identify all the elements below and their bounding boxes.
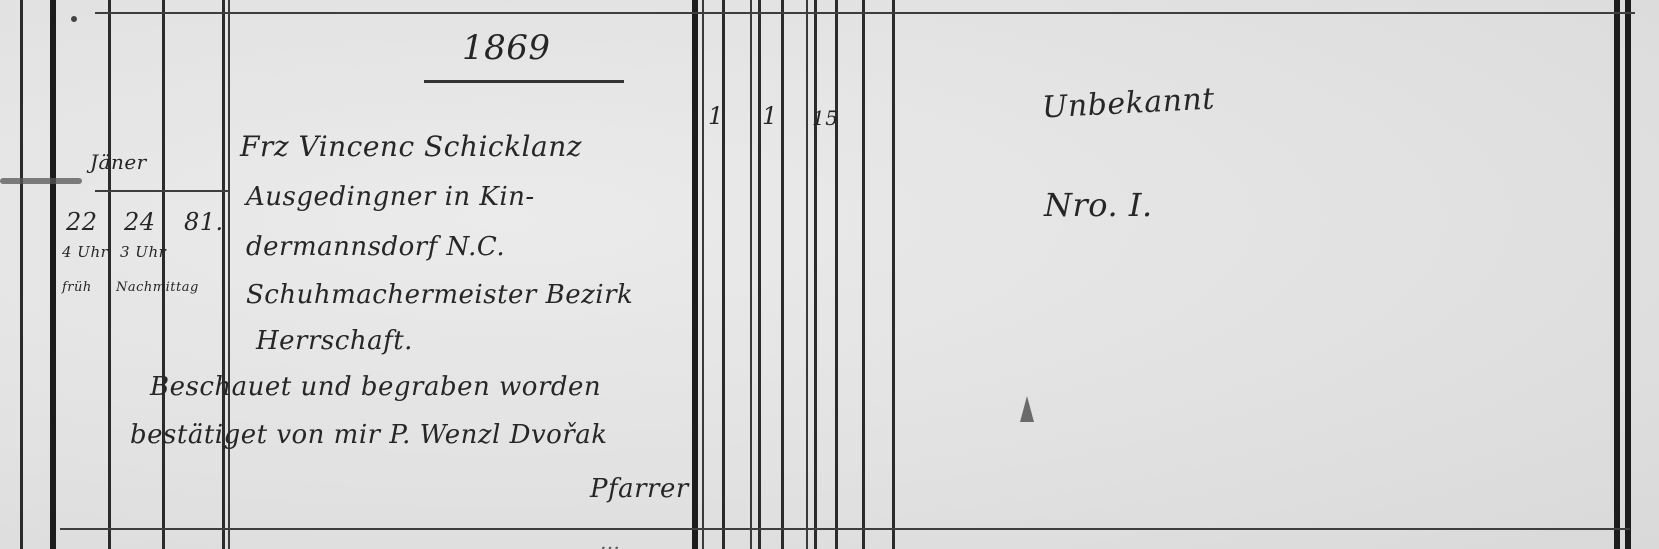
column-rule [835,0,838,549]
column-rule [1625,0,1631,549]
column-rule [1614,0,1620,549]
entry-line: bestätiget von mir P. Wenzl Dvořak [130,420,607,450]
house-number: 81. [184,208,224,236]
header-rule [95,12,1635,14]
year-heading: 1869 [462,28,551,68]
entry-line: Ausgedingner in Kin- [246,182,535,212]
column-rule [892,0,895,549]
column-rule [862,0,865,549]
time-of-burial: 3 Uhr [120,243,166,261]
priest-signature: Pfarrer [590,474,689,504]
entry-line: Herrschaft. [256,326,413,356]
time-of-death: 4 Uhr [62,243,108,261]
month-label: Jäner [90,150,147,174]
column-rule [806,0,808,549]
next-entry-fragment: … [600,530,621,549]
column-rule [722,0,725,549]
deceased-name: Frz Vincenc Schicklanz [240,130,582,163]
column-rule [692,0,698,549]
reference-number: Nro. I. [1044,186,1153,224]
time-of-death-note: früh [62,280,92,295]
tick-mark: 1 [762,102,778,130]
column-rule [758,0,761,549]
time-of-burial-note: Nachmittag [116,280,199,295]
entry-line: Schuhmachermeister Bezirk [246,280,633,310]
tick-mark: 15 [812,106,838,130]
year-underline [424,80,624,83]
column-rule [750,0,752,549]
column-rule [20,0,23,549]
column-rule [108,0,111,549]
entry-line: dermannsdorf N.C. [246,232,505,262]
entry-line: Beschauet und begraben worden [150,372,601,402]
day-of-burial: 24 [124,208,156,236]
entry-bottom-rule [60,528,1630,530]
ink-blot [1020,396,1034,422]
column-rule [814,0,817,549]
day-of-death: 22 [66,208,98,236]
month-rule [95,190,230,192]
column-rule [50,0,56,549]
column-rule [702,0,704,549]
column-rule [222,0,225,549]
column-rule [228,0,230,549]
column-rule [781,0,784,549]
register-page: 1869 Jäner 22 24 81. 4 Uhr 3 Uhr früh Na… [0,0,1659,549]
tick-mark: 1 [708,102,724,130]
ink-dot [71,16,77,22]
column-rule [162,0,165,549]
religion-note: Unbekannt [1041,82,1215,126]
margin-pointer-mark [0,178,82,184]
